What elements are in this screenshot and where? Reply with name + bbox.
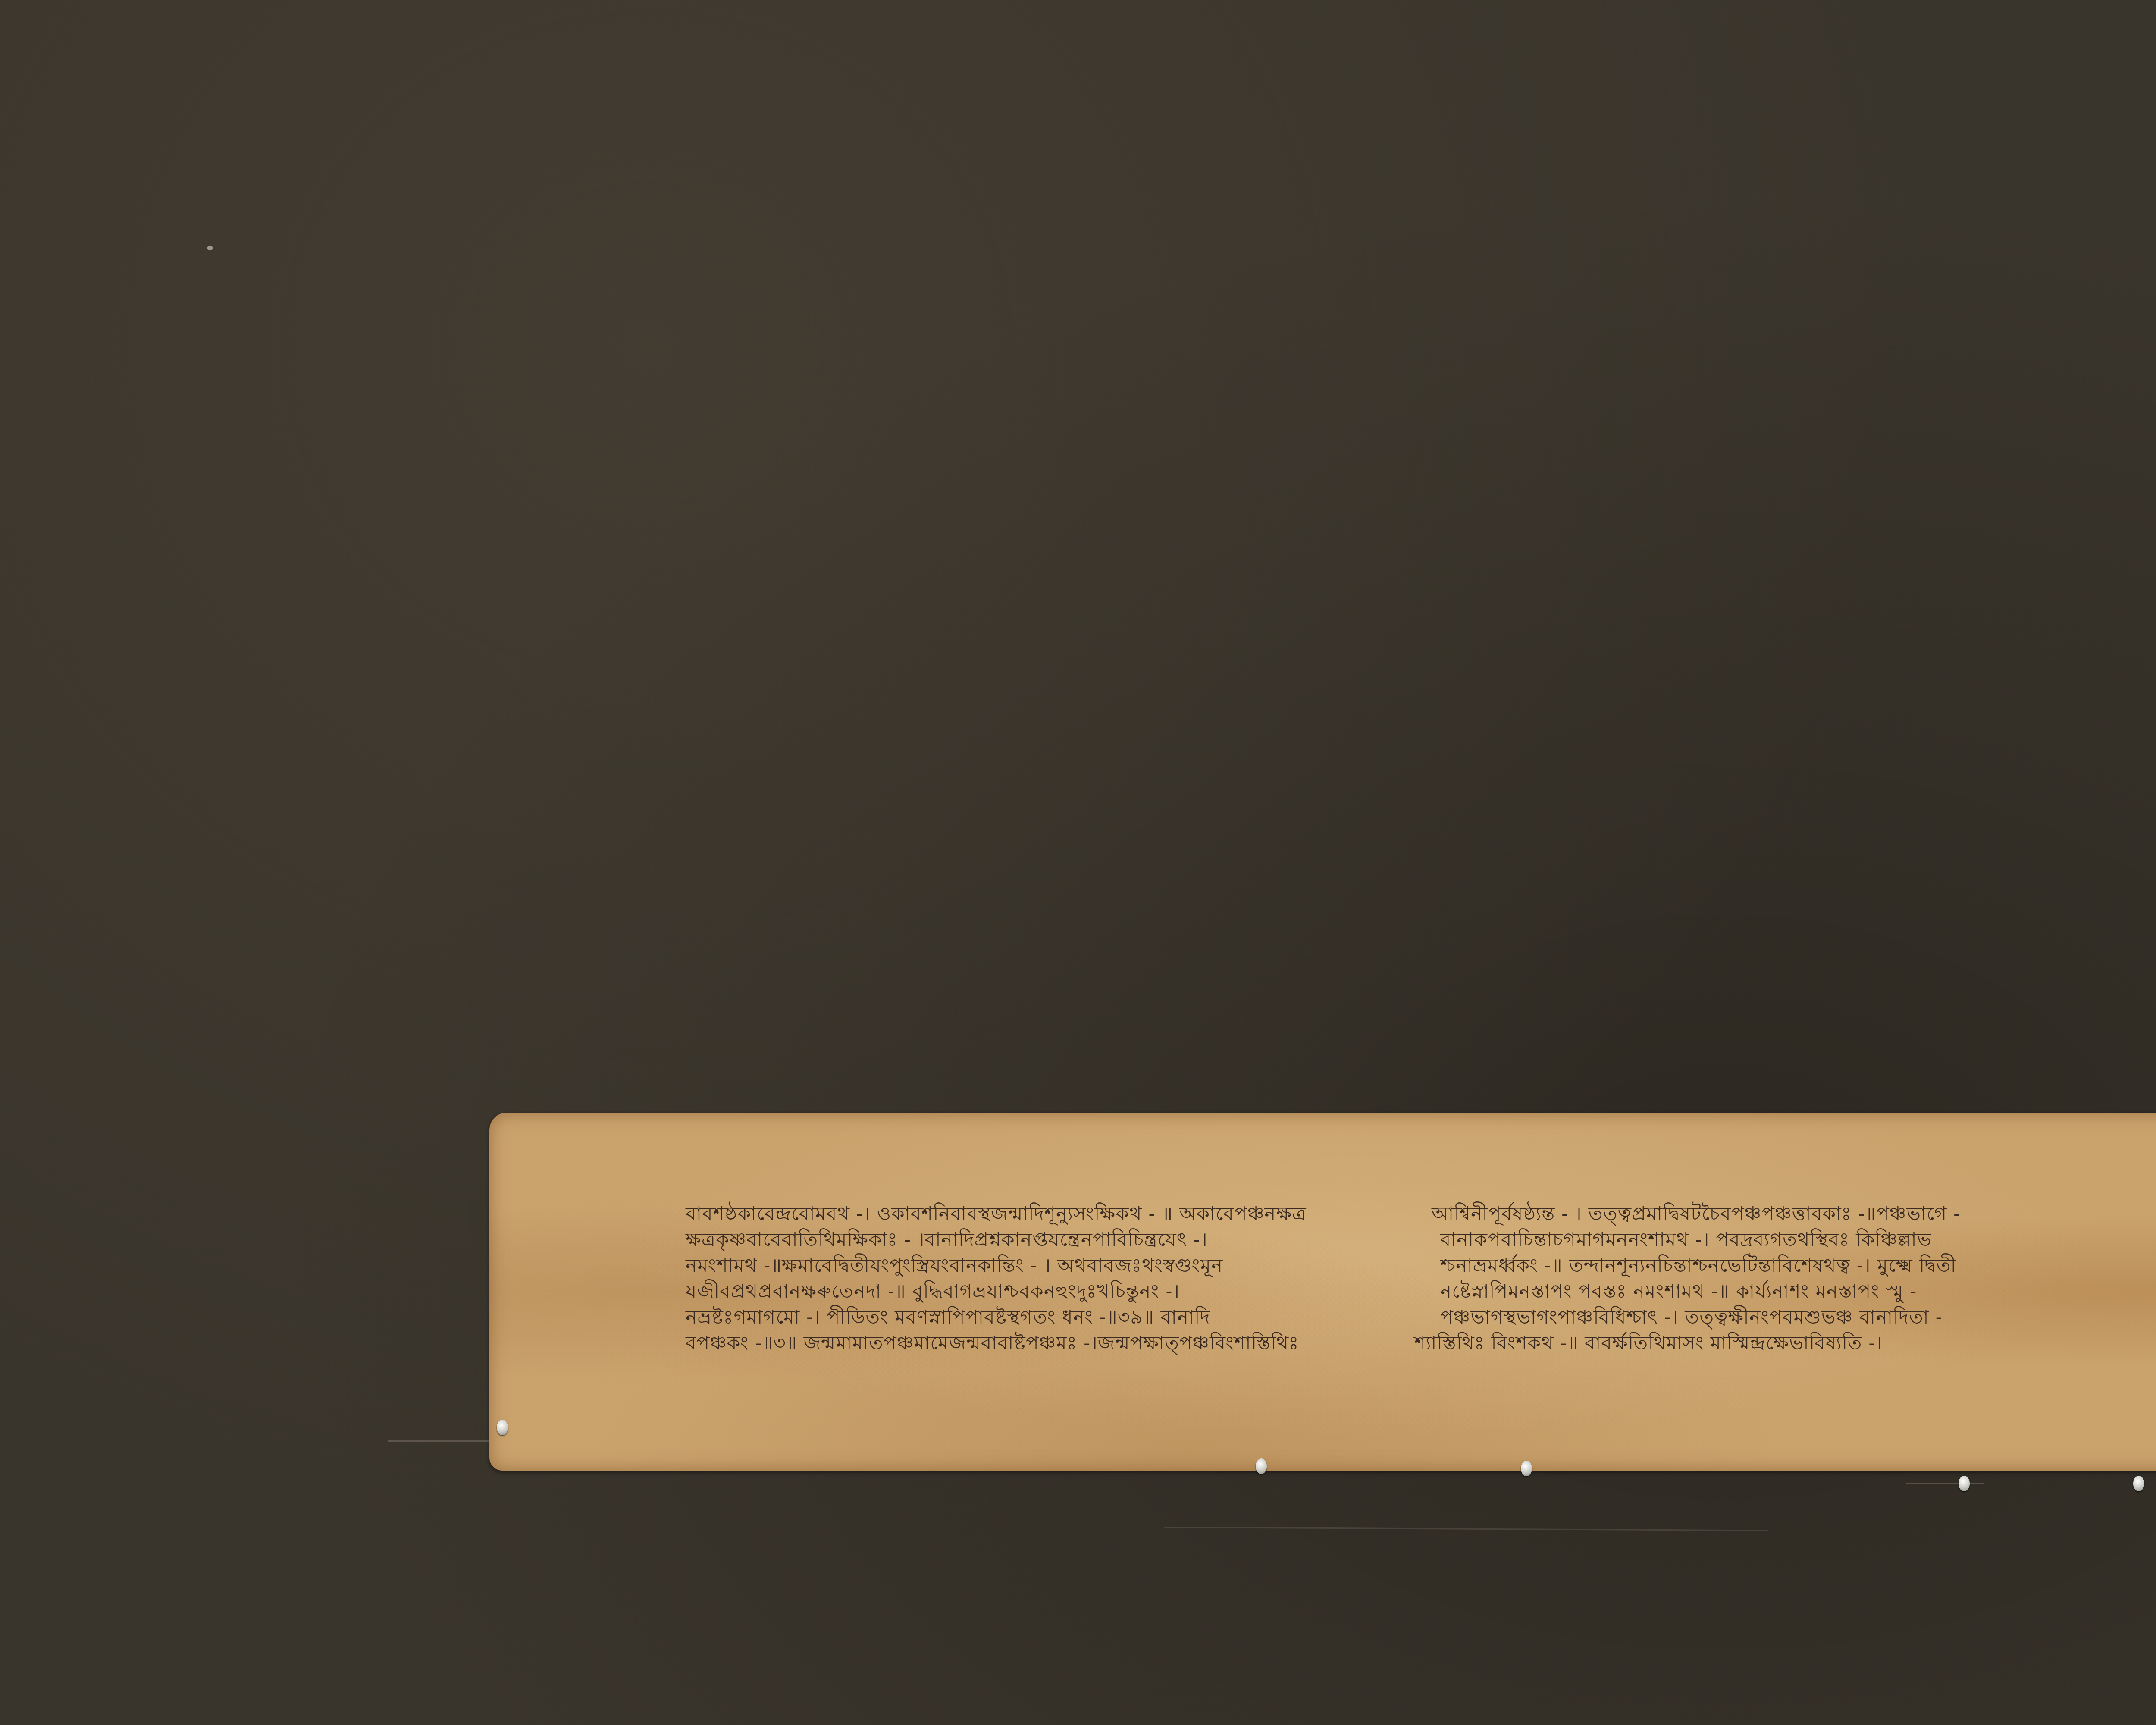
mounting-pin <box>1256 1458 1267 1474</box>
text-line: বপঞ্চকং -॥৩॥ জন্মমামাতপঞ্চমামেজন্মবাবাষ্… <box>686 1330 1299 1356</box>
string-hole-gap <box>1294 1207 1436 1320</box>
text-line: বাবশষ্ঠকাবেন্দ্ৰবোমবথ -। ওকাবশনিবাবস্থজন… <box>686 1201 1307 1227</box>
text-line: শ্যাস্তিথিঃ বিংশকথ -॥ বাবর্ক্ষতিথিমাসং ম… <box>1414 1330 1883 1356</box>
text-line: নমংশামথ -॥ক্ষমাবেদ্বিতীযংপুংস্ত্ৰিযংবানক… <box>686 1253 1223 1279</box>
mounting-pin <box>2133 1476 2144 1491</box>
text-line: শ্চনাভ্ৰমৰ্ধ্বকং -॥ তন্দানশূন্যনচিন্তাশ্… <box>1440 1253 1956 1279</box>
mounting-pin <box>497 1420 508 1435</box>
text-line: নভ্ৰষ্টঃগমাগমো -। পীডিতং মবণস্নাপিপাবষ্ট… <box>686 1305 1210 1330</box>
text-line: নষ্টেস্নাপিমনস্তাপং পবস্তঃ নমংশামথ -॥ কা… <box>1440 1279 1917 1305</box>
text-line: আশ্বিনীপূর্বষষ্ঠ্যন্ত - । তত্ত্বপ্ৰমাদ্ব… <box>1432 1201 1960 1227</box>
board-scratch <box>388 1440 500 1442</box>
dust-speck <box>207 246 213 250</box>
text-line: পঞ্চভাগস্থভাগংপাঞ্চবিধিশ্চাৎ -। তত্ত্বক্… <box>1440 1305 1943 1330</box>
text-line: যজীবপ্ৰথপ্ৰবানক্ষৰুতেনদা -॥ বুদ্ধিবাগভ্ৰ… <box>686 1279 1180 1305</box>
text-line: ক্ষত্ৰকৃষ্ণবাবেবাতিথিমক্ষিকাঃ - ।বানাদিপ… <box>686 1227 1208 1253</box>
mounting-pin <box>1959 1476 1970 1491</box>
board-scratch <box>1906 1483 1984 1484</box>
text-line: বানাকপবাচিন্তাচগমাগমননংশামথ -। পবদ্ৰব্যগ… <box>1440 1227 1931 1253</box>
board-scratch <box>1164 1527 1768 1531</box>
mounting-pin <box>1521 1461 1532 1476</box>
